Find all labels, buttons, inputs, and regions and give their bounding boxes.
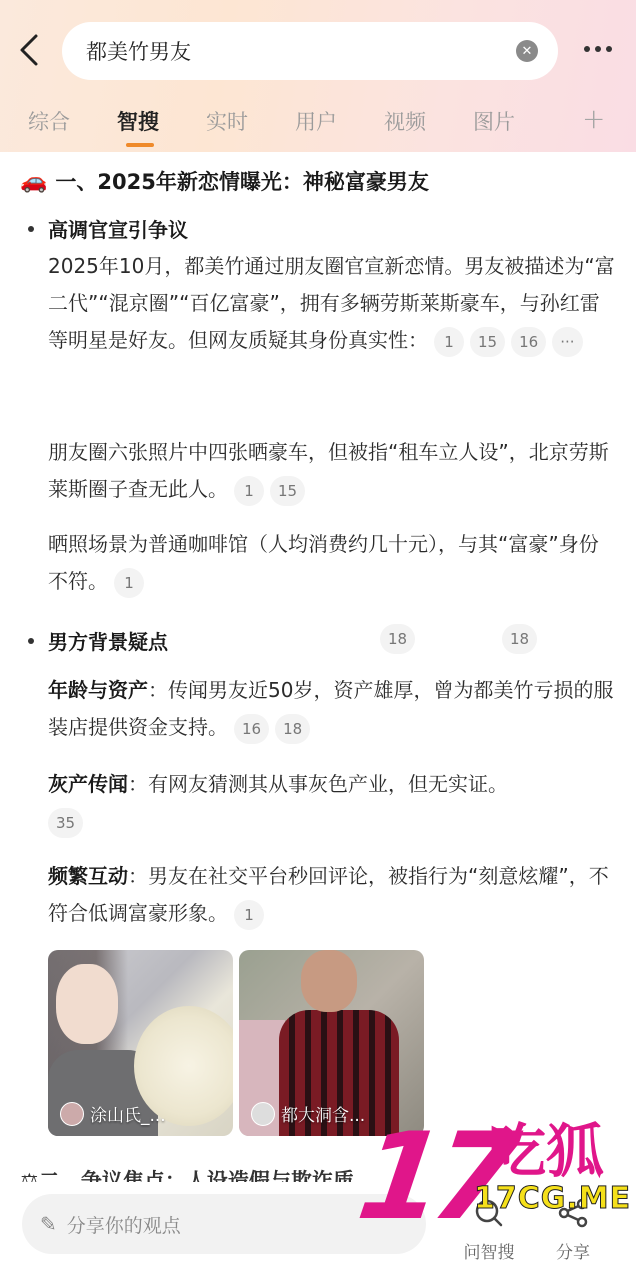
avatar xyxy=(251,1102,275,1126)
section-heading-1: 🚗 一、2025年新恋情曝光：神秘富豪男友 xyxy=(20,166,429,196)
section-heading-text: 一、2025年新恋情曝光：神秘富豪男友 xyxy=(55,166,428,196)
more-options-button[interactable] xyxy=(578,34,618,64)
paragraph: 朋友圈六张照片中四张晒豪车，但被指“租车立人设”，北京劳斯莱斯圈子查无此人。11… xyxy=(48,434,618,508)
ellipsis-dot xyxy=(606,46,612,52)
image-caption: 都大洞含... xyxy=(251,1101,365,1126)
paragraph: 频繁互动：男友在社交平台秒回评论，被指行为“刻意炫耀”，不符合低调富豪形象。1 xyxy=(48,858,618,932)
citation-badge[interactable]: 35 xyxy=(48,808,83,838)
citation-badge[interactable]: 18 xyxy=(380,624,415,654)
search-header: ✕ 综合 智搜 实时 用户 视频 图片 + xyxy=(0,0,636,152)
car-icon: 🚗 xyxy=(20,169,47,194)
bullet-heading-announcement: 高调官宣引争议 xyxy=(28,214,188,243)
watermark-url: 17CG.ME xyxy=(474,1184,631,1214)
paragraph-text: ：男友在社交平台秒回评论，被指行为“刻意炫耀”，不符合低调富豪形象。 xyxy=(48,864,609,925)
bullet-heading-background: 男方背景疑点 xyxy=(28,626,168,655)
author-name: 涂山氏_... xyxy=(90,1101,166,1126)
citation-badge[interactable]: 1 xyxy=(434,327,464,357)
item-label: 年龄与资产 xyxy=(48,678,148,702)
pencil-icon: ✎ xyxy=(40,1212,57,1236)
photo-shape xyxy=(301,950,357,1012)
paragraph: 晒照场景为普通咖啡馆（人均消费约几十元），与其“富豪”身份不符。1 xyxy=(48,526,618,600)
tab-realtime[interactable]: 实时 xyxy=(206,106,248,136)
citation-badge[interactable]: 18 xyxy=(275,714,310,744)
image-caption: 涂山氏_... xyxy=(60,1101,166,1126)
tab-comprehensive[interactable]: 综合 xyxy=(28,106,70,136)
ellipsis-dot xyxy=(595,46,601,52)
bullet-heading-text: 男方背景疑点 xyxy=(48,626,168,655)
tab-videos[interactable]: 视频 xyxy=(384,106,426,136)
comment-placeholder: 分享你的观点 xyxy=(67,1211,181,1238)
citation-badge[interactable]: 15 xyxy=(470,327,505,357)
citation-badge[interactable]: 1 xyxy=(234,900,264,930)
more-citations-button[interactable]: ··· xyxy=(552,327,582,357)
bullet-dot xyxy=(28,638,34,644)
paragraph-text: 朋友圈六张照片中四张晒豪车，但被指“租车立人设”，北京劳斯莱斯圈子查无此人。 xyxy=(48,440,609,501)
chevron-left-icon xyxy=(18,33,40,67)
citation-badge[interactable]: 18 xyxy=(502,624,537,654)
citation-badge[interactable]: 1 xyxy=(114,568,144,598)
back-button[interactable] xyxy=(14,30,44,70)
watermark-text: 吃狐 xyxy=(488,1122,604,1180)
clear-search-button[interactable]: ✕ xyxy=(516,40,538,62)
active-tab-indicator xyxy=(126,143,154,147)
action-label: 分享 xyxy=(538,1238,608,1263)
close-icon: ✕ xyxy=(522,44,533,59)
paragraph: 灰产传闻：有网友猜测其从事灰色产业，但无实证。35 xyxy=(48,766,618,840)
citation-badge[interactable]: 16 xyxy=(234,714,269,744)
bullet-dot xyxy=(28,226,34,232)
paragraph: 年龄与资产：传闻男友近50岁，资产雄厚，曾为都美竹亏损的服装店提供资金支持。16… xyxy=(48,672,618,746)
citation-badge[interactable]: 15 xyxy=(270,476,305,506)
tab-users[interactable]: 用户 xyxy=(295,106,337,136)
image-card[interactable]: 涂山氏_... xyxy=(48,950,233,1136)
avatar xyxy=(60,1102,84,1126)
section-heading-text: 二、争议焦点：人设造假与欺诈质 xyxy=(39,1168,354,1182)
search-input[interactable] xyxy=(86,39,486,63)
paragraph-text: ：有网友猜测其从事灰色产业，但无实证。 xyxy=(128,772,508,796)
scale-icon: ⚖ xyxy=(20,1168,39,1182)
citation-badge[interactable]: 16 xyxy=(511,327,546,357)
search-tabs: 综合 智搜 实时 用户 视频 图片 + xyxy=(0,100,636,148)
citation-badge[interactable]: 1 xyxy=(234,476,264,506)
tab-smart-search[interactable]: 智搜 xyxy=(117,106,159,136)
image-results: 涂山氏_... 都大洞含... xyxy=(48,950,424,1136)
search-box[interactable]: ✕ xyxy=(62,22,558,80)
tab-images[interactable]: 图片 xyxy=(473,106,515,136)
item-label: 灰产传闻 xyxy=(48,772,128,796)
paragraph: 2025年10月，都美竹通过朋友圈官宣新恋情。男友被描述为“富二代”“混京圈”“… xyxy=(48,248,618,359)
author-name: 都大洞含... xyxy=(281,1101,365,1126)
photo-shape xyxy=(56,964,118,1044)
add-tab-button[interactable]: + xyxy=(582,102,605,135)
section-heading-2-partial: ⚖ 二、争议焦点：人设造假与欺诈质 xyxy=(20,1168,354,1182)
ellipsis-dot xyxy=(584,46,590,52)
item-label: 频繁互动 xyxy=(48,864,128,888)
bullet-heading-text: 高调官宣引争议 xyxy=(48,214,188,243)
